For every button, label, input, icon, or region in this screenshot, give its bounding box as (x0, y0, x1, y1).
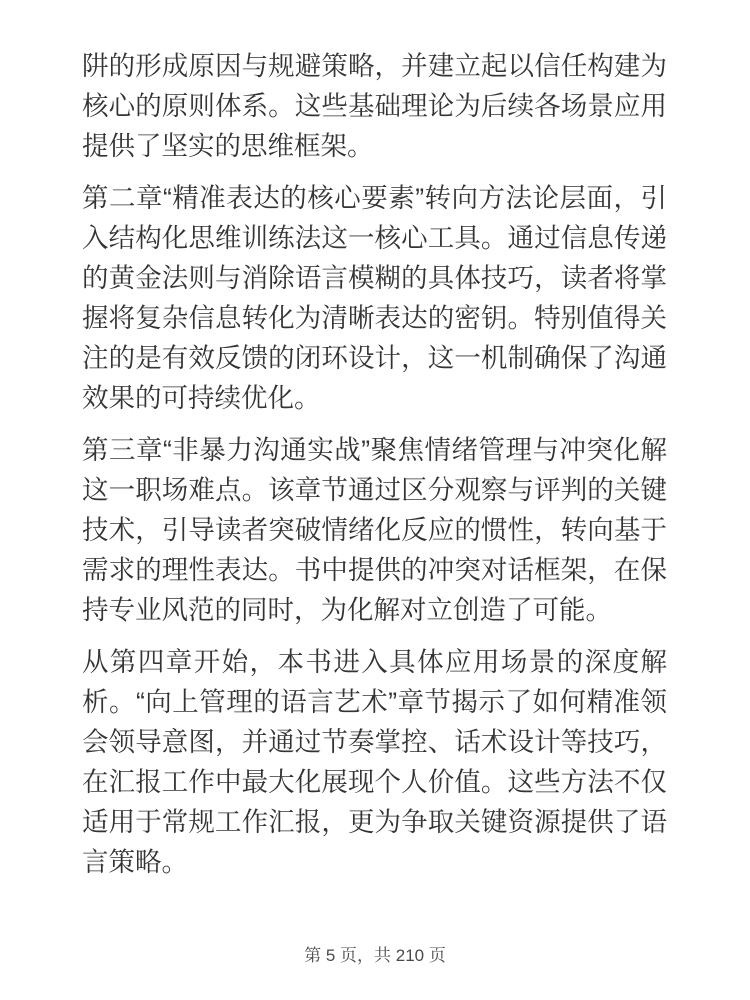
body-paragraph: 第三章“非暴力沟通实战”聚焦情绪管理与冲突化解这一职场难点。该章节通过区分观察与… (82, 430, 667, 630)
page-number-indicator: 第 5 页，共 210 页 (0, 946, 750, 966)
document-body: 阱的形成原因与规避策略，并建立起以信任构建为核心的原则体系。这些基础理论为后续各… (82, 46, 667, 894)
body-paragraph: 阱的形成原因与规避策略，并建立起以信任构建为核心的原则体系。这些基础理论为后续各… (82, 46, 667, 166)
body-paragraph: 第二章“精准表达的核心要素”转向方法论层面，引入结构化思维训练法这一核心工具。通… (82, 178, 667, 418)
document-page: 阱的形成原因与规避策略，并建立起以信任构建为核心的原则体系。这些基础理论为后续各… (0, 0, 750, 1000)
body-paragraph: 从第四章开始，本书进入具体应用场景的深度解析。“向上管理的语言艺术”章节揭示了如… (82, 642, 667, 882)
